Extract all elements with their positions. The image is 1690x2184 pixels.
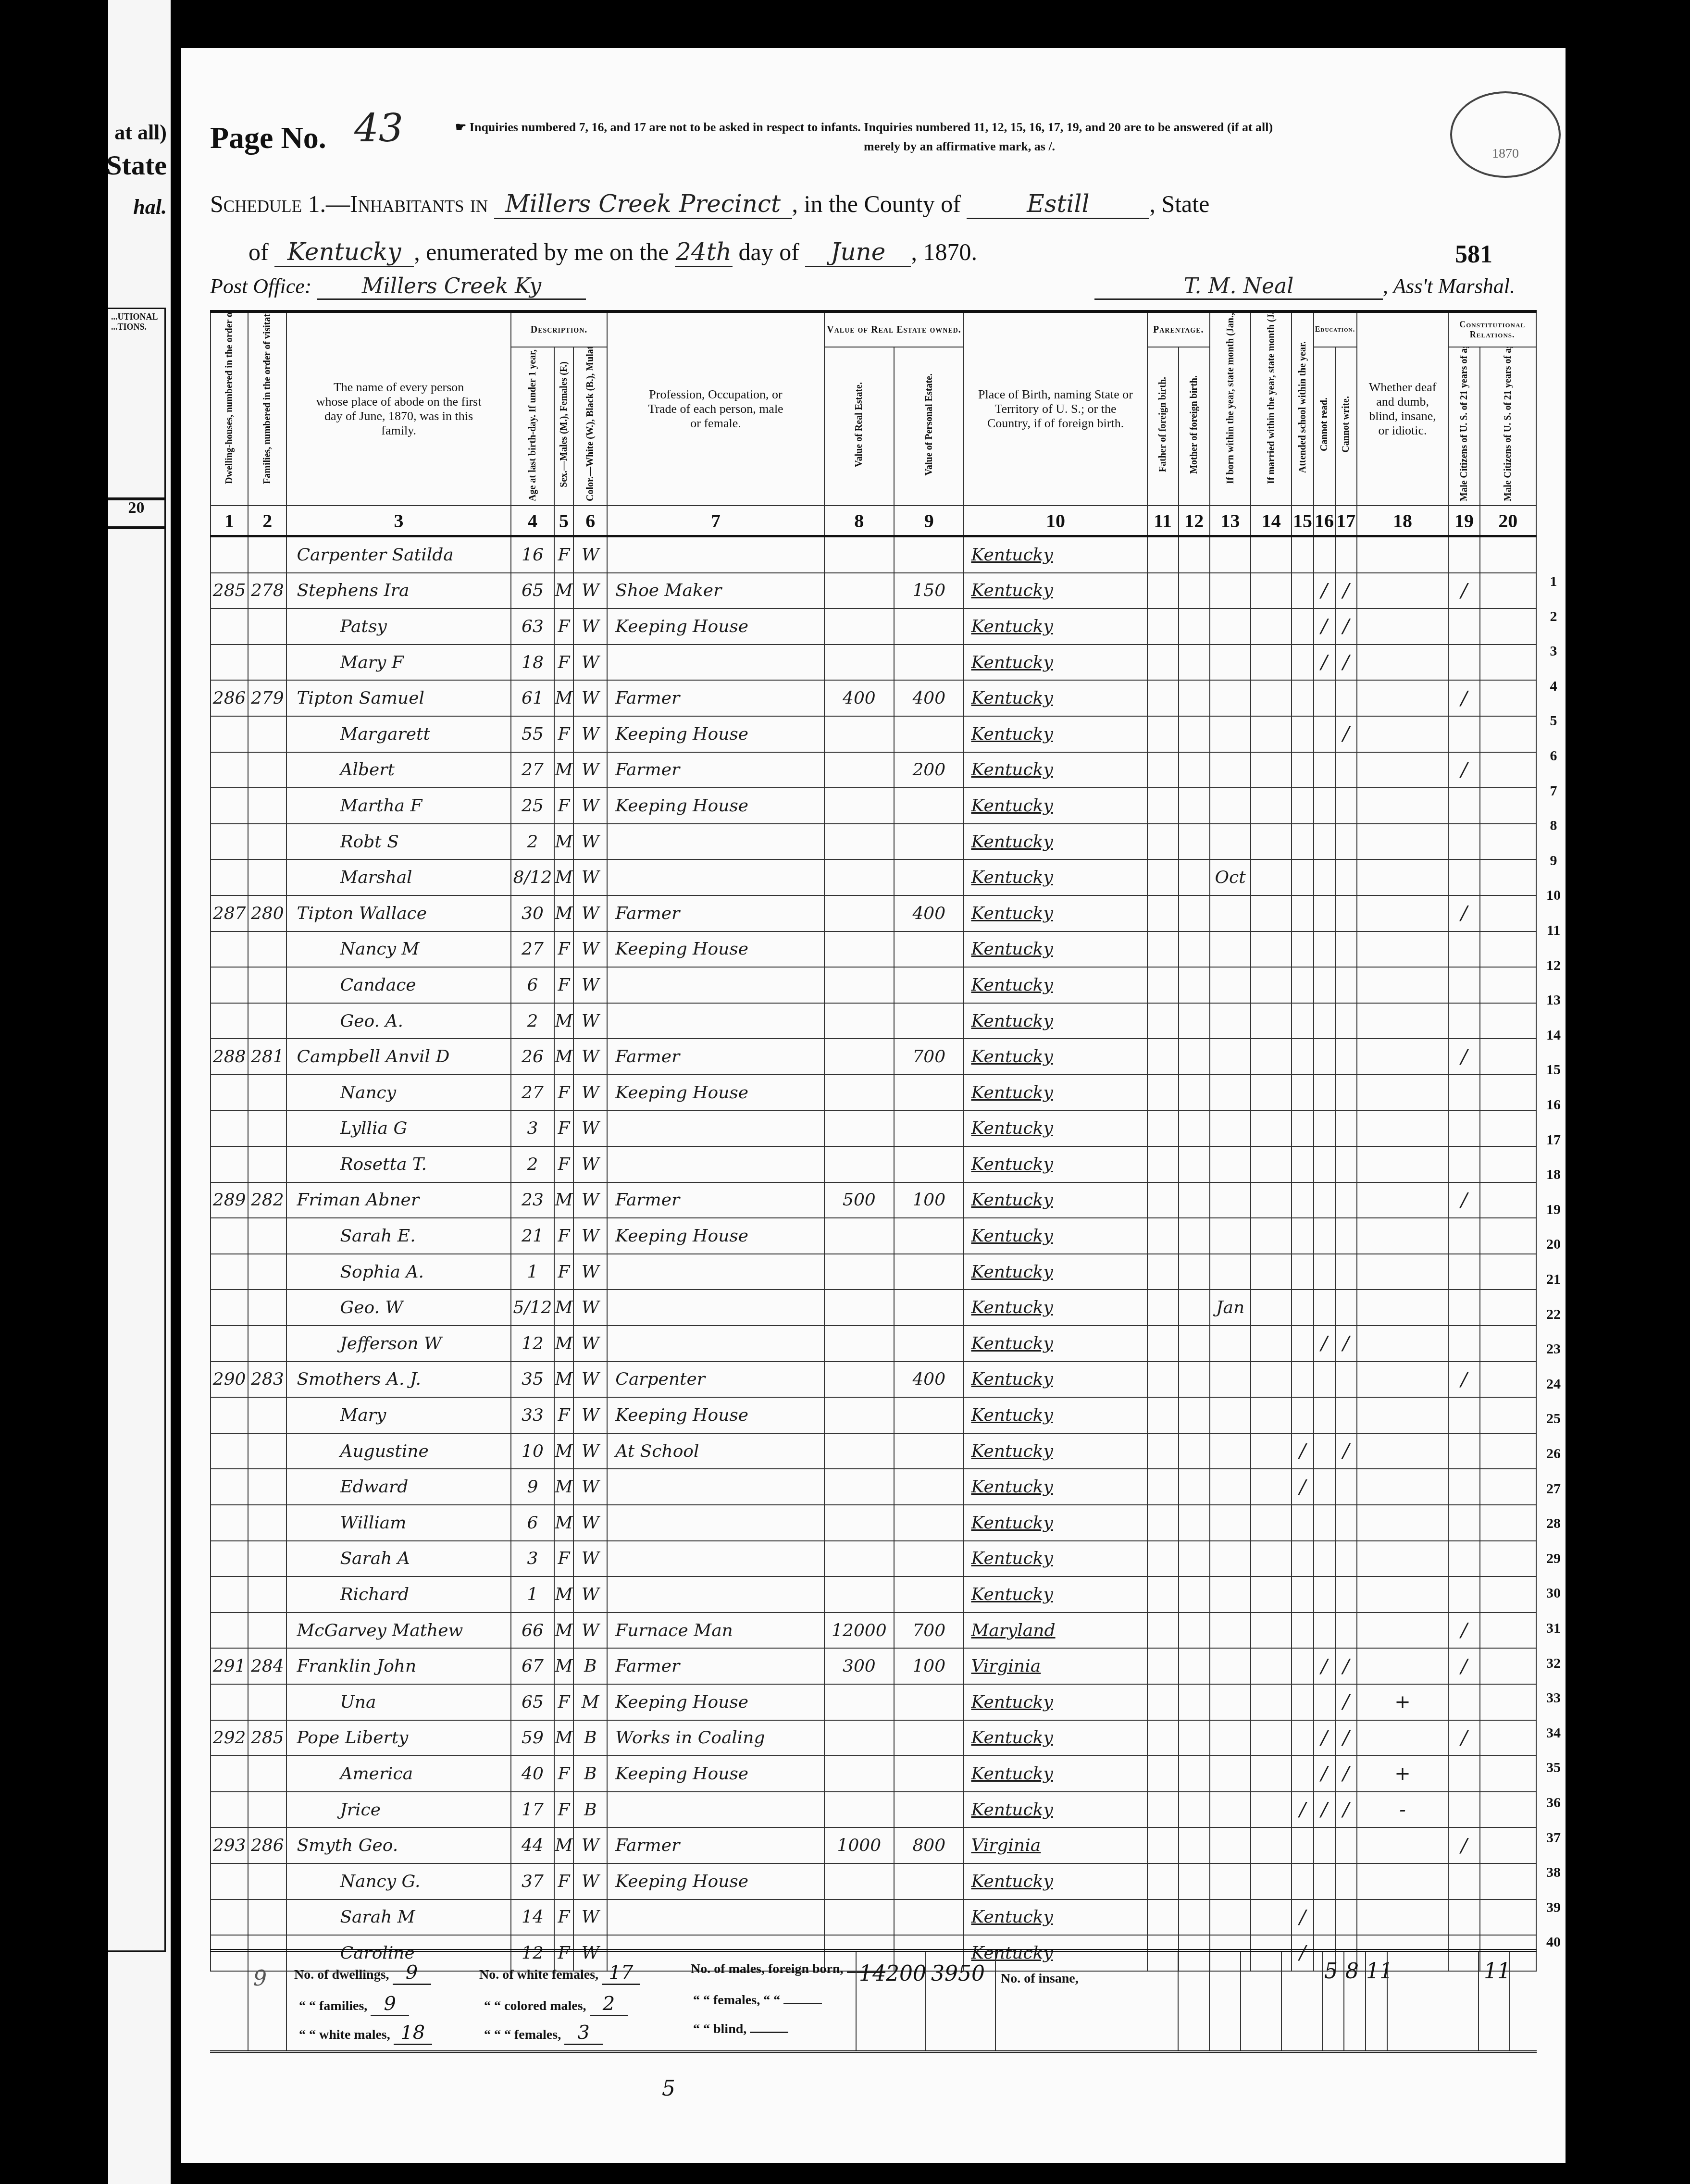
born-in-year-month	[1210, 1075, 1251, 1111]
age: 27	[511, 1075, 554, 1111]
col-header-vote-denied: Male Citizens of U. S. of 21 years of ag…	[1480, 347, 1536, 506]
place-field: Millers Creek Precinct	[494, 190, 792, 219]
family-number	[248, 716, 286, 752]
father-foreign	[1147, 1792, 1179, 1828]
vote-denied	[1480, 788, 1536, 824]
dwelling-number	[211, 1290, 248, 1326]
line-number: 2	[1541, 608, 1566, 625]
sex: M	[554, 1827, 573, 1863]
vote-denied	[1480, 1863, 1536, 1899]
attended-school	[1292, 1756, 1313, 1792]
cannot-write	[1335, 1397, 1357, 1433]
attended-school	[1292, 788, 1313, 824]
personal-estate-value: 400	[894, 895, 964, 931]
mother-foreign	[1179, 645, 1210, 681]
age: 25	[511, 788, 554, 824]
person-name: Nancy G.	[286, 1863, 510, 1899]
father-foreign	[1147, 895, 1179, 931]
line-number: 5	[1541, 713, 1566, 729]
cannot-read	[1314, 1075, 1335, 1111]
dwelling-number: 286	[211, 680, 248, 716]
father-foreign	[1147, 752, 1179, 788]
mother-foreign	[1179, 716, 1210, 752]
cannot-read	[1314, 536, 1335, 573]
male-citizen	[1448, 788, 1479, 824]
disability-note	[1357, 1146, 1449, 1182]
dwelling-number	[211, 1003, 248, 1039]
cannot-read	[1314, 680, 1335, 716]
sex: F	[554, 788, 573, 824]
binding-shadow	[171, 0, 181, 2184]
family-number	[248, 788, 286, 824]
occupation	[607, 1541, 824, 1577]
cannot-read	[1314, 967, 1335, 1003]
personal-estate-value	[894, 1792, 964, 1828]
age: 17	[511, 1792, 554, 1828]
line-number: 39	[1541, 1899, 1566, 1916]
dwelling-number	[211, 645, 248, 681]
color: W	[573, 1039, 607, 1075]
mother-foreign	[1179, 1792, 1210, 1828]
father-foreign	[1147, 1362, 1179, 1398]
disability-note	[1357, 1827, 1449, 1863]
birthplace: Maryland	[964, 1613, 1147, 1649]
disability-note	[1357, 752, 1449, 788]
blind-count: “ “ blind,	[693, 2022, 788, 2037]
born-in-year-month	[1210, 1433, 1251, 1469]
foreign-females-count: “ “ females, “ “	[693, 1993, 822, 2008]
attended-school	[1292, 1863, 1313, 1899]
family-number	[248, 1433, 286, 1469]
county-label: , in the County of	[792, 190, 961, 217]
line-number: 1	[1541, 573, 1566, 590]
disability-note	[1357, 1613, 1449, 1649]
mother-foreign	[1179, 1111, 1210, 1147]
cannot-write: /	[1335, 1648, 1357, 1684]
dwelling-number	[211, 1899, 248, 1936]
col-header-color: Color.—White (W.), Black (B.), Mulatto (…	[573, 347, 607, 506]
family-number: 284	[248, 1648, 286, 1684]
occupation	[607, 1505, 824, 1541]
occupation: Keeping House	[607, 608, 824, 645]
vote-denied	[1480, 1720, 1536, 1756]
disability-note	[1357, 931, 1449, 968]
col-header-male-citizens: Male Citizens of U. S. of 21 years of ag…	[1448, 347, 1479, 506]
born-in-year-month	[1210, 1397, 1251, 1433]
father-foreign	[1147, 1111, 1179, 1147]
cannot-write	[1335, 931, 1357, 968]
mother-foreign	[1179, 1648, 1210, 1684]
age: 1	[511, 1254, 554, 1290]
age: 10	[511, 1433, 554, 1469]
census-row: Richard1MWKentucky	[211, 1576, 1536, 1613]
male-citizen	[1448, 931, 1479, 968]
mother-foreign	[1179, 1003, 1210, 1039]
insane-count-label: No. of insane,	[1001, 1971, 1079, 1986]
cannot-write	[1335, 1576, 1357, 1613]
sex: F	[554, 1111, 573, 1147]
cannot-write: /	[1335, 1433, 1357, 1469]
age: 63	[511, 608, 554, 645]
sex: F	[554, 1146, 573, 1182]
father-foreign	[1147, 824, 1179, 860]
line-number: 31	[1541, 1620, 1566, 1637]
cannot-write	[1335, 788, 1357, 824]
sex: M	[554, 1648, 573, 1684]
family-number: 280	[248, 895, 286, 931]
attended-school: /	[1292, 1469, 1313, 1505]
cannot-write	[1335, 824, 1357, 860]
age: 5/12	[511, 1290, 554, 1326]
col-header-cannot-read: Cannot read.	[1314, 347, 1335, 506]
mother-foreign	[1179, 1397, 1210, 1433]
cannot-write	[1335, 1146, 1357, 1182]
married-in-year-month	[1251, 1362, 1292, 1398]
cannot-read	[1314, 1863, 1335, 1899]
occupation: Keeping House	[607, 1756, 824, 1792]
census-row: Sarah A3FWKentucky	[211, 1541, 1536, 1577]
sex: F	[554, 1792, 573, 1828]
vote-denied	[1480, 824, 1536, 860]
sex: M	[554, 1576, 573, 1613]
personal-estate-value	[894, 1541, 964, 1577]
born-in-year-month	[1210, 1827, 1251, 1863]
pointing-hand-icon: ☛	[455, 120, 470, 134]
personal-estate-value	[894, 1326, 964, 1362]
personal-estate-total: 3950	[931, 1961, 985, 1986]
family-number	[248, 1684, 286, 1720]
married-in-year-month	[1251, 716, 1292, 752]
family-number	[248, 1613, 286, 1649]
male-citizen	[1448, 1111, 1479, 1147]
line-number: 19	[1541, 1202, 1566, 1218]
vote-denied	[1480, 536, 1536, 573]
census-row: 286279Tipton Samuel61MWFarmer400400Kentu…	[211, 680, 1536, 716]
real-estate-value: 12000	[824, 1613, 894, 1649]
census-row: Nancy G.37FWKeeping HouseKentucky	[211, 1863, 1536, 1899]
color: W	[573, 1075, 607, 1111]
page-summary: 9 No. of dwellings, 9 “ “ families, 9 “ …	[210, 1949, 1537, 2053]
birthplace: Kentucky	[964, 1075, 1147, 1111]
birthplace: Kentucky	[964, 1720, 1147, 1756]
vote-denied	[1480, 1362, 1536, 1398]
married-in-year-month	[1251, 1505, 1292, 1541]
color: W	[573, 536, 607, 573]
col-group-constitutional: Constitutional Relations.	[1448, 311, 1536, 347]
disability-note	[1357, 1469, 1449, 1505]
birthplace: Kentucky	[964, 680, 1147, 716]
cannot-read	[1314, 824, 1335, 860]
post-office-line: Post Office: Millers Creek Ky	[210, 274, 586, 300]
age: 30	[511, 895, 554, 931]
father-foreign	[1147, 1827, 1179, 1863]
attended-school: /	[1292, 1792, 1313, 1828]
cannot-write	[1335, 1827, 1357, 1863]
year: , 1870.	[911, 238, 977, 265]
page-bottom-mark: 5	[662, 2076, 675, 2101]
born-in-year-month	[1210, 1039, 1251, 1075]
male-citizen	[1448, 1218, 1479, 1254]
census-row: Marshal8/12MWKentuckyOct	[211, 859, 1536, 895]
dwelling-number: 293	[211, 1827, 248, 1863]
attended-school	[1292, 1290, 1313, 1326]
person-name: Lyllia G	[286, 1111, 510, 1147]
sex: M	[554, 859, 573, 895]
personal-estate-value	[894, 716, 964, 752]
real-estate-value	[824, 1003, 894, 1039]
vote-denied	[1480, 1827, 1536, 1863]
occupation	[607, 1254, 824, 1290]
margin-text: hal.	[133, 195, 167, 219]
cannot-write	[1335, 1218, 1357, 1254]
sex: F	[554, 1541, 573, 1577]
age: 65	[511, 1684, 554, 1720]
mother-foreign	[1179, 1720, 1210, 1756]
cannot-read	[1314, 1541, 1335, 1577]
person-name: Augustine	[286, 1433, 510, 1469]
census-row: 290283Smothers A. J.35MWCarpenter400Kent…	[211, 1362, 1536, 1398]
age: 44	[511, 1827, 554, 1863]
color: W	[573, 1433, 607, 1469]
cannot-write	[1335, 1075, 1357, 1111]
father-foreign	[1147, 1182, 1179, 1218]
family-number	[248, 1326, 286, 1362]
occupation	[607, 1290, 824, 1326]
age: 3	[511, 1111, 554, 1147]
instructions-line-1: Inquiries numbered 7, 16, and 17 are not…	[470, 120, 1273, 134]
census-row: Robt S2MWKentucky	[211, 824, 1536, 860]
disability-note	[1357, 1576, 1449, 1613]
occupation: Keeping House	[607, 1075, 824, 1111]
cannot-write	[1335, 1290, 1357, 1326]
vote-denied	[1480, 608, 1536, 645]
age: 37	[511, 1863, 554, 1899]
color: W	[573, 1146, 607, 1182]
cannot-read	[1314, 1613, 1335, 1649]
personal-estate-value: 100	[894, 1182, 964, 1218]
male-citizen	[1448, 1290, 1479, 1326]
vote-denied	[1480, 1111, 1536, 1147]
line-number: 33	[1541, 1690, 1566, 1706]
census-row: Mary33FWKeeping HouseKentucky	[211, 1397, 1536, 1433]
person-name: Smothers A. J.	[286, 1362, 510, 1398]
real-estate-value	[824, 573, 894, 609]
vote-denied	[1480, 1182, 1536, 1218]
personal-estate-value	[894, 1111, 964, 1147]
real-estate-value	[824, 1792, 894, 1828]
married-in-year-month	[1251, 1827, 1292, 1863]
county-field: Estill	[967, 190, 1149, 219]
personal-estate-value	[894, 1254, 964, 1290]
family-number: 281	[248, 1039, 286, 1075]
personal-estate-value: 100	[894, 1648, 964, 1684]
attended-school	[1292, 752, 1313, 788]
birthplace: Kentucky	[964, 895, 1147, 931]
father-foreign	[1147, 1326, 1179, 1362]
attended-school	[1292, 1039, 1313, 1075]
age: 66	[511, 1613, 554, 1649]
line-number: 38	[1541, 1864, 1566, 1881]
line-number: 32	[1541, 1655, 1566, 1672]
birthplace: Kentucky	[964, 1362, 1147, 1398]
age: 18	[511, 645, 554, 681]
dwelling-number	[211, 1684, 248, 1720]
census-row: 287280Tipton Wallace30MWFarmer400Kentuck…	[211, 895, 1536, 931]
married-in-year-month	[1251, 1111, 1292, 1147]
personal-estate-value: 200	[894, 752, 964, 788]
real-estate-value	[824, 1290, 894, 1326]
cannot-read	[1314, 1505, 1335, 1541]
real-estate-value	[824, 931, 894, 968]
occupation	[607, 824, 824, 860]
married-in-year-month	[1251, 536, 1292, 573]
male-citizen	[1448, 1254, 1479, 1290]
real-estate-value	[824, 788, 894, 824]
male-citizen	[1448, 1576, 1479, 1613]
disability-note	[1357, 788, 1449, 824]
cannot-write: /	[1335, 1792, 1357, 1828]
dwelling-number	[211, 752, 248, 788]
dwelling-number: 289	[211, 1182, 248, 1218]
age: 3	[511, 1541, 554, 1577]
disability-note	[1357, 716, 1449, 752]
married-in-year-month	[1251, 1218, 1292, 1254]
born-in-year-month	[1210, 931, 1251, 968]
real-estate-value	[824, 1039, 894, 1075]
married-in-year-month	[1251, 645, 1292, 681]
cannot-write	[1335, 1469, 1357, 1505]
father-foreign	[1147, 1003, 1179, 1039]
line-number: 34	[1541, 1725, 1566, 1741]
sex: F	[554, 1684, 573, 1720]
person-name: Mary	[286, 1397, 510, 1433]
census-table: Dwelling-houses, numbered in the order o…	[210, 310, 1537, 1972]
real-estate-value	[824, 824, 894, 860]
family-number: 285	[248, 1720, 286, 1756]
male-citizen: /	[1448, 1648, 1479, 1684]
occupation: Farmer	[607, 680, 824, 716]
age: 23	[511, 1182, 554, 1218]
occupation	[607, 1792, 824, 1828]
dwelling-number	[211, 788, 248, 824]
mother-foreign	[1179, 752, 1210, 788]
dwelling-number	[211, 1541, 248, 1577]
census-row: Martha F25FWKeeping HouseKentucky	[211, 788, 1536, 824]
age: 26	[511, 1039, 554, 1075]
age: 27	[511, 931, 554, 968]
col-header-attended-school: Attended school within the year.	[1292, 311, 1313, 506]
born-in-year-month	[1210, 752, 1251, 788]
cannot-read: /	[1314, 1792, 1335, 1828]
cannot-read	[1314, 1218, 1335, 1254]
colored-males-count: “ “ colored males, 2	[484, 1993, 628, 2016]
cannot-read	[1314, 1433, 1335, 1469]
born-in-year-month	[1210, 788, 1251, 824]
vote-denied	[1480, 1075, 1536, 1111]
personal-estate-value	[894, 1003, 964, 1039]
disability-note	[1357, 1111, 1449, 1147]
person-name: Friman Abner	[286, 1182, 510, 1218]
dwelling-number	[211, 1756, 248, 1792]
census-row: Mary F18FWKentucky//	[211, 645, 1536, 681]
person-name: Margarett	[286, 716, 510, 752]
occupation	[607, 1146, 824, 1182]
person-name: Nancy	[286, 1075, 510, 1111]
person-name: Richard	[286, 1576, 510, 1613]
col-header-real-estate: Value of Real Estate.	[824, 347, 894, 506]
occupation: Farmer	[607, 1827, 824, 1863]
born-in-year-month	[1210, 895, 1251, 931]
real-estate-value	[824, 1541, 894, 1577]
color: W	[573, 1827, 607, 1863]
attended-school	[1292, 1218, 1313, 1254]
dwelling-number	[211, 1613, 248, 1649]
line-number: 11	[1541, 922, 1566, 939]
father-foreign	[1147, 536, 1179, 573]
person-name: Mary F	[286, 645, 510, 681]
married-in-year-month	[1251, 1863, 1292, 1899]
person-name: Tipton Samuel	[286, 680, 510, 716]
personal-estate-value	[894, 645, 964, 681]
dwelling-number	[211, 1254, 248, 1290]
person-name: William	[286, 1505, 510, 1541]
dwelling-number	[211, 1576, 248, 1613]
real-estate-value	[824, 1362, 894, 1398]
attended-school	[1292, 1326, 1313, 1362]
personal-estate-value	[894, 1075, 964, 1111]
cannot-write: /	[1335, 608, 1357, 645]
personal-estate-value	[894, 824, 964, 860]
age: 2	[511, 824, 554, 860]
dwelling-number	[211, 859, 248, 895]
male-citizen	[1448, 824, 1479, 860]
married-in-year-month	[1251, 608, 1292, 645]
cannot-write	[1335, 1613, 1357, 1649]
cannot-write	[1335, 1003, 1357, 1039]
color: W	[573, 1326, 607, 1362]
cannot-write	[1335, 1899, 1357, 1936]
father-foreign	[1147, 1039, 1179, 1075]
sex: F	[554, 608, 573, 645]
personal-estate-value	[894, 1146, 964, 1182]
family-number	[248, 1505, 286, 1541]
family-number	[248, 1254, 286, 1290]
dwelling-number: 292	[211, 1720, 248, 1756]
disability-note	[1357, 573, 1449, 609]
real-estate-value	[824, 1756, 894, 1792]
col-group-real-estate: Value of Real Estate owned.	[824, 311, 964, 347]
dwelling-number	[211, 1218, 248, 1254]
male-citizen	[1448, 608, 1479, 645]
male-citizen	[1448, 1146, 1479, 1182]
father-foreign	[1147, 967, 1179, 1003]
born-in-year-month	[1210, 1182, 1251, 1218]
born-in-year-month	[1210, 680, 1251, 716]
attended-school	[1292, 716, 1313, 752]
father-foreign	[1147, 1863, 1179, 1899]
birthplace: Kentucky	[964, 1254, 1147, 1290]
cannot-read	[1314, 1111, 1335, 1147]
margin-text: State	[106, 149, 167, 181]
attended-school	[1292, 1684, 1313, 1720]
male-citizen: /	[1448, 1182, 1479, 1218]
color: W	[573, 859, 607, 895]
state-field: Kentucky	[274, 238, 414, 267]
mother-foreign	[1179, 1827, 1210, 1863]
personal-estate-value	[894, 788, 964, 824]
col-group-description: Description.	[511, 311, 608, 347]
mother-foreign	[1179, 1541, 1210, 1577]
